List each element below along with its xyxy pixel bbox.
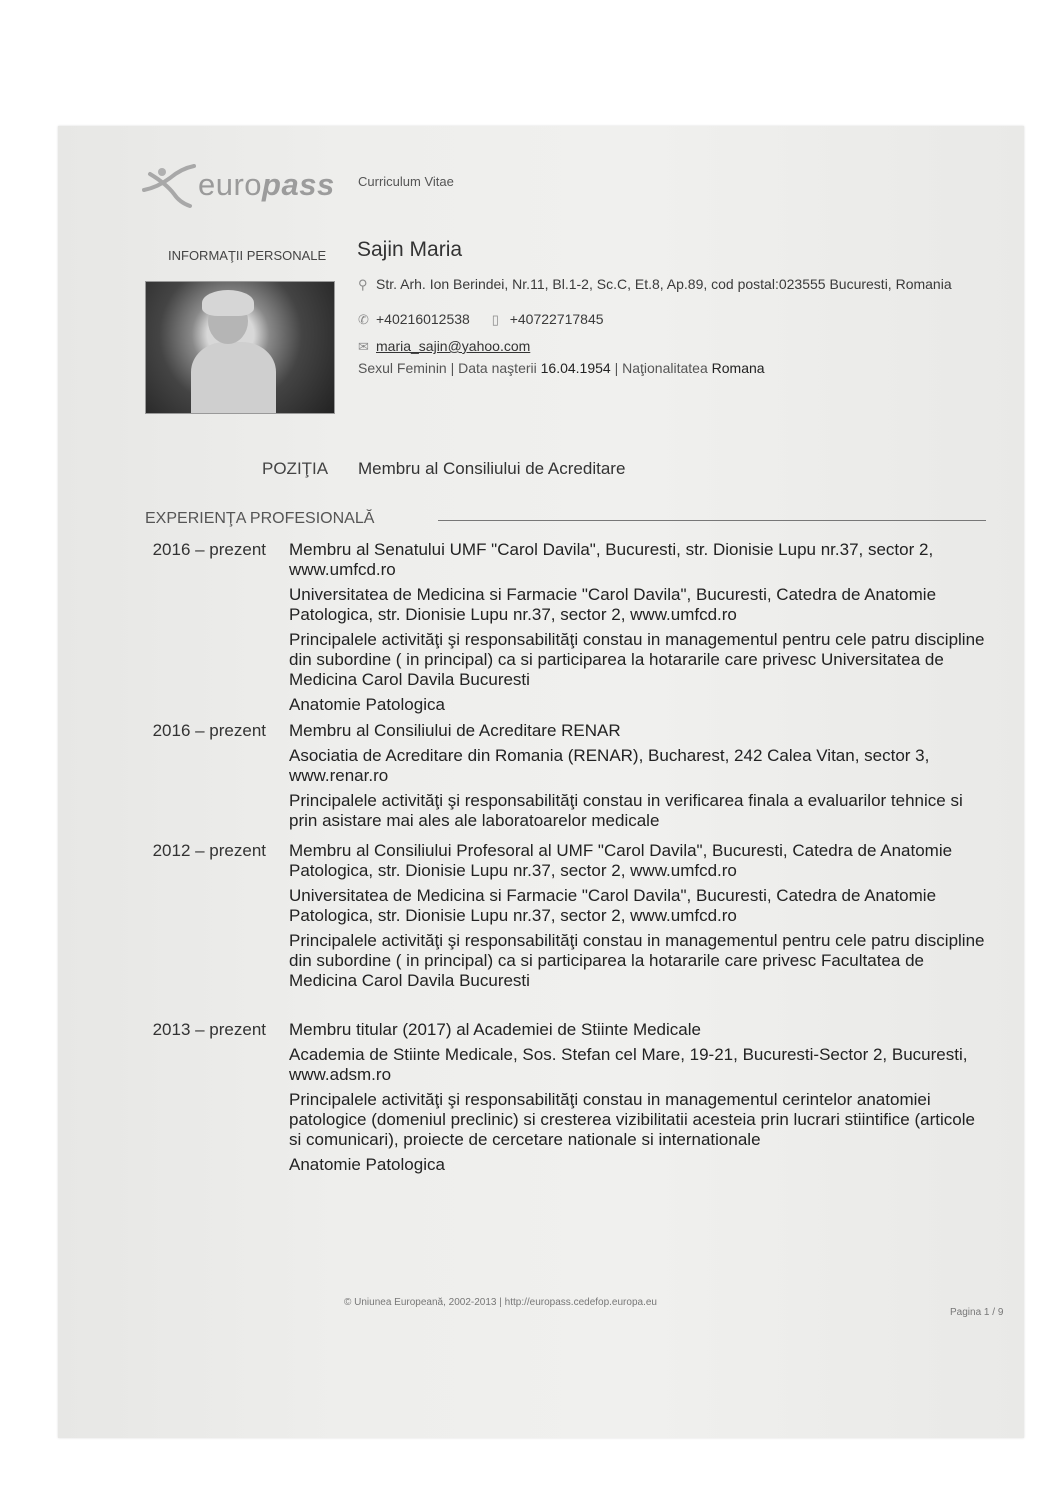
- entry-line: Membru al Consiliului Profesoral al UMF …: [289, 841, 989, 881]
- entry-date: 2016 – prezent: [138, 721, 266, 741]
- entry-line: Principalele activităţi şi responsabilit…: [289, 1090, 989, 1150]
- envelope-icon: ✉: [358, 339, 376, 355]
- position-label: POZIŢIA: [262, 459, 328, 479]
- entry-date: 2016 – prezent: [138, 540, 266, 560]
- phone-number: +40216012538: [376, 311, 470, 327]
- entry-body: Membru al Consiliului de Acreditare RENA…: [289, 721, 989, 836]
- address-text: Str. Arh. Ion Berindei, Nr.11, Bl.1-2, S…: [376, 276, 952, 292]
- birth-date: 16.04.1954: [541, 360, 611, 376]
- nationality-value: Romana: [712, 360, 765, 376]
- entry-line: Anatomie Patologica: [289, 695, 989, 715]
- sex-value: Feminin: [397, 360, 447, 376]
- footer-copyright: © Uniunea Europeană, 2002-2013 | http://…: [344, 1297, 657, 1308]
- entry-body: Membru titular (2017) al Academiei de St…: [289, 1020, 989, 1180]
- entry-body: Membru al Consiliului Profesoral al UMF …: [289, 841, 989, 996]
- personal-info-label: INFORMAŢII PERSONALE: [168, 248, 326, 263]
- entry-body: Membru al Senatului UMF "Carol Davila", …: [289, 540, 989, 720]
- email-link[interactable]: maria_sajin@yahoo.com: [376, 338, 530, 354]
- entry-line: Asociatia de Acreditare din Romania (REN…: [289, 746, 989, 786]
- europass-figure-icon: [140, 160, 198, 210]
- entry-date: 2013 – prezent: [138, 1020, 266, 1040]
- document-type: Curriculum Vitae: [358, 174, 454, 189]
- location-pin-icon: ⚲: [358, 276, 376, 293]
- entry-line: Membru al Consiliului de Acreditare RENA…: [289, 721, 989, 741]
- entry-line: Principalele activităţi şi responsabilit…: [289, 630, 989, 690]
- logo-suffix: pass: [262, 167, 335, 202]
- entry-date: 2012 – prezent: [138, 841, 266, 861]
- europass-logo: europass: [140, 160, 335, 210]
- email-row: ✉maria_sajin@yahoo.com: [358, 338, 530, 355]
- birth-label: Data naşterii: [458, 360, 537, 376]
- person-name: Sajin Maria: [357, 238, 462, 262]
- entry-line: Principalele activităţi şi responsabilit…: [289, 931, 989, 991]
- personal-details: Sexul Feminin | Data naşterii 16.04.1954…: [358, 360, 765, 376]
- phone-row: ✆+40216012538 ▯+40722717845: [358, 311, 604, 328]
- sex-label: Sexul: [358, 360, 393, 376]
- entry-line: Universitatea de Medicina si Farmacie "C…: [289, 585, 989, 625]
- mobile-number: +40722717845: [510, 311, 604, 327]
- experience-section-title: EXPERIENŢA PROFESIONALĂ: [145, 510, 374, 528]
- mobile-icon: ▯: [492, 312, 510, 328]
- footer-page-number: Pagina 1 / 9: [950, 1307, 1003, 1318]
- address: ⚲Str. Arh. Ion Berindei, Nr.11, Bl.1-2, …: [358, 276, 978, 293]
- entry-line: Membru titular (2017) al Academiei de St…: [289, 1020, 989, 1040]
- logo-prefix: euro: [198, 167, 262, 202]
- entry-line: Membru al Senatului UMF "Carol Davila", …: [289, 540, 989, 580]
- section-divider: [438, 520, 986, 521]
- entry-line: Principalele activităţi şi responsabilit…: [289, 791, 989, 831]
- entry-line: Anatomie Patologica: [289, 1155, 989, 1175]
- nationality-label: Naţionalitatea: [622, 360, 708, 376]
- position-value: Membru al Consiliului de Acreditare: [358, 459, 625, 479]
- entry-line: Universitatea de Medicina si Farmacie "C…: [289, 886, 989, 926]
- phone-icon: ✆: [358, 312, 376, 328]
- entry-line: Academia de Stiinte Medicale, Sos. Stefa…: [289, 1045, 989, 1085]
- profile-photo: [145, 281, 335, 414]
